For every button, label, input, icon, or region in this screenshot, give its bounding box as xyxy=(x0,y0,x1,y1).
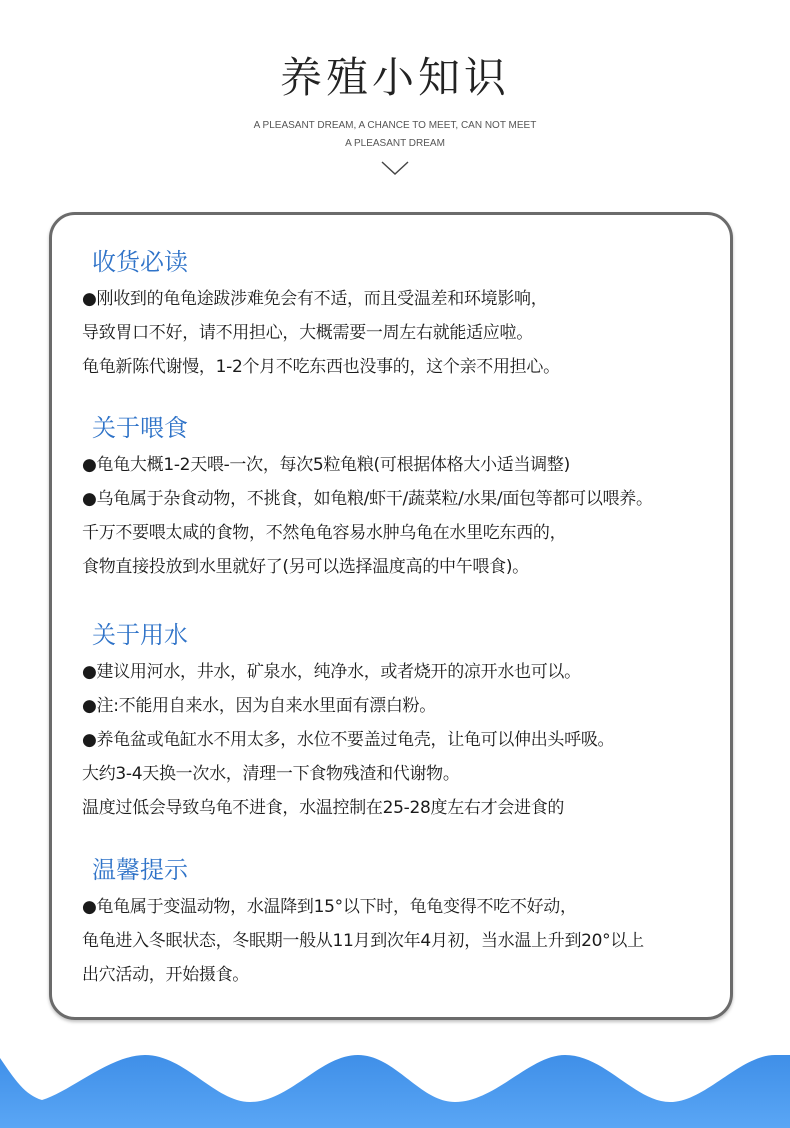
text-line: ●乌龟属于杂食动物，不挑食，如龟粮/虾干/蔬菜粒/水果/面包等都可以喂养。 xyxy=(82,482,742,516)
section-water: 关于用水 ●建议用河水，井水，矿泉水，纯净水，或者烧开的凉开水也可以。 ●注:不… xyxy=(82,619,742,825)
subtitle-line-1: A PLEASANT DREAM, A CHANCE TO MEET, CAN … xyxy=(0,117,790,135)
section-feeding: 关于喂食 ●龟龟大概1-2天喂-一次，每次5粒龟粮(可根据体格大小适当调整) ●… xyxy=(82,412,742,584)
text-line: ●养龟盆或龟缸水不用太多，水位不要盖过龟壳，让龟可以伸出头呼吸。 xyxy=(82,723,742,757)
chevron-down-icon xyxy=(381,160,409,176)
text-line: 千万不要喂太咸的食物，不然龟龟容易水肿乌龟在水里吃东西的， xyxy=(82,516,742,550)
page-title: 养殖小知识 xyxy=(0,50,790,106)
section-heading: 关于喂食 xyxy=(92,412,742,444)
section-tips: 温馨提示 ●龟龟属于变温动物，水温降到15°以下时，龟龟变得不吃不好动， 龟龟进… xyxy=(82,854,742,992)
text-line: 龟龟进入冬眠状态，冬眠期一般从11月到次年4月初，当水温上升到20°以上 xyxy=(82,924,742,958)
wave-decoration xyxy=(0,1050,790,1128)
text-line: ●注:不能用自来水，因为自来水里面有漂白粉。 xyxy=(82,689,742,723)
text-line: 温度过低会导致乌龟不进食，水温控制在25-28度左右才会进食的 xyxy=(82,791,742,825)
text-line: 龟龟新陈代谢慢，1-2个月不吃东西也没事的，这个亲不用担心。 xyxy=(82,350,742,384)
subtitle-line-2: A PLEASANT DREAM xyxy=(0,135,790,153)
section-heading: 关于用水 xyxy=(92,619,742,651)
text-line: 食物直接投放到水里就好了(另可以选择温度高的中午喂食)。 xyxy=(82,550,742,584)
section-heading: 温馨提示 xyxy=(92,854,742,886)
text-line: 导致胃口不好，请不用担心，大概需要一周左右就能适应啦。 xyxy=(82,316,742,350)
text-line: ●建议用河水，井水，矿泉水，纯净水，或者烧开的凉开水也可以。 xyxy=(82,655,742,689)
text-line: ●刚收到的龟龟途跋涉难免会有不适，而且受温差和环境影响， xyxy=(82,282,742,316)
text-line: 大约3-4天换一次水，清理一下食物残渣和代谢物。 xyxy=(82,757,742,791)
section-receiving: 收货必读 ●刚收到的龟龟途跋涉难免会有不适，而且受温差和环境影响， 导致胃口不好… xyxy=(82,246,742,384)
text-line: 出穴活动，开始摄食。 xyxy=(82,958,742,992)
section-heading: 收货必读 xyxy=(92,246,742,278)
page-subtitle: A PLEASANT DREAM, A CHANCE TO MEET, CAN … xyxy=(0,117,790,153)
text-line: ●龟龟属于变温动物，水温降到15°以下时，龟龟变得不吃不好动， xyxy=(82,890,742,924)
text-line: ●龟龟大概1-2天喂-一次，每次5粒龟粮(可根据体格大小适当调整) xyxy=(82,448,742,482)
